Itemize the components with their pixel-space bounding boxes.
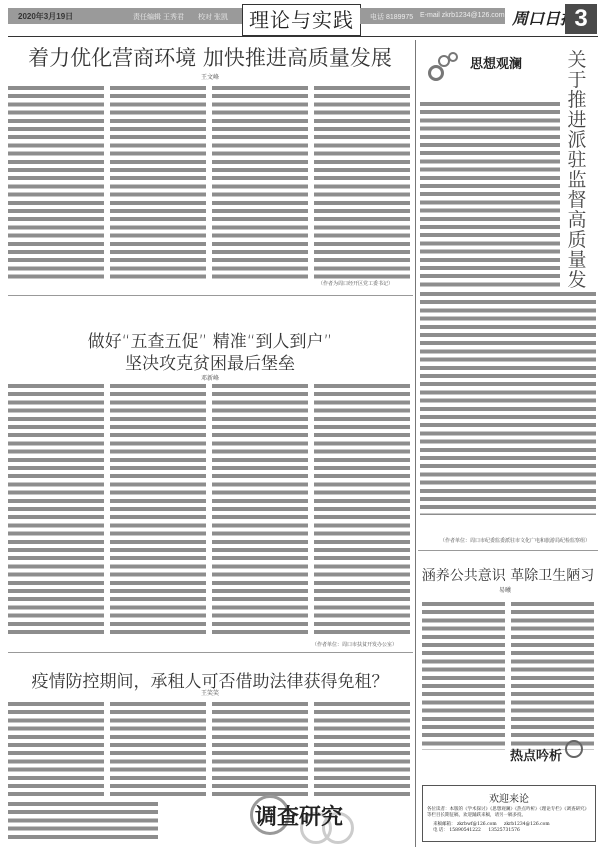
text-column: 正文内容: [8, 700, 104, 800]
research-section-logo: 调查研究: [255, 800, 343, 831]
supervision-author-note: （作者单位：周口市纪委监委派驻市文化广电和旅游局纪检监察组）: [440, 537, 590, 544]
text-column: 正文内容: [110, 700, 206, 800]
text-column: 正文内容: [212, 700, 308, 800]
section-divider: [418, 550, 598, 551]
hot-topic-logo: 热点吟析: [510, 745, 562, 764]
text-column: 正文内容: [314, 382, 410, 638]
issue-date: 2020年3月19日: [18, 11, 73, 22]
right-column-divider: [415, 40, 416, 847]
hygiene-article-body: 正文内容 正文内容: [422, 600, 594, 750]
magnifier-icon: [565, 740, 583, 758]
text-column: 正文内容: [8, 800, 158, 840]
supervision-body: 正文内容: [420, 290, 596, 515]
text-column: 正文内容: [314, 700, 410, 800]
text-column: 正文内容: [420, 100, 560, 290]
poverty-author-note: （作者单位：周口市扶贫开发办公室）: [312, 641, 397, 648]
main-author-note: （作者为周口经开区党工委书记）: [318, 280, 393, 287]
rent-byline: 王笑笑: [180, 688, 240, 697]
main-byline: 王文峰: [180, 72, 240, 81]
phone-line: 电 话： 15890541222 13525731576: [423, 827, 595, 833]
text-column: 正文内容: [420, 290, 596, 515]
designer-credit: 校对 张凯: [198, 12, 228, 22]
section-title: 理论与实践: [242, 4, 361, 36]
editor-credit: 责任编辑 王秀君: [133, 12, 184, 22]
text-column: 正文内容: [314, 84, 410, 280]
masthead-rule: [8, 36, 598, 37]
text-column: 正文内容: [110, 382, 206, 638]
hygiene-byline: 易曦: [480, 585, 530, 594]
phone-1: 15890541222: [449, 828, 481, 833]
main-article-body: 正文内容 正文内容 正文内容 正文内容: [8, 84, 410, 280]
phone-2: 13525731576: [488, 828, 520, 833]
masthead-right-bar: 电话 8189975 E-mail zkrb1234@126.com: [360, 8, 505, 24]
contact-phone: 电话 8189975: [370, 12, 413, 22]
text-column: 正文内容: [110, 84, 206, 280]
page-number: 3: [565, 4, 597, 34]
poverty-article-body: 正文内容 正文内容 正文内容 正文内容: [8, 382, 410, 638]
rent-article-body-lower: 正文内容: [8, 800, 158, 840]
poverty-byline: 邓新峰: [180, 373, 240, 382]
thought-column-logo: 思想观澜: [470, 53, 522, 72]
poverty-headline-2: 坚决攻克贫困最后堡垒: [10, 349, 410, 374]
text-column: 正文内容: [212, 84, 308, 280]
rent-article-body: 正文内容 正文内容 正文内容 正文内容: [8, 700, 410, 800]
supervision-body-top: 正文内容: [420, 100, 560, 290]
contact-email: E-mail zkrb1234@126.com: [420, 12, 505, 19]
call-for-papers-text: 各位读者：本版的《学术探讨》《思想观澜》《热点吟析》《理论专栏》《调查研究》等栏…: [423, 805, 595, 821]
call-for-papers-box: 欢迎来论 各位读者：本版的《学术探讨》《思想观澜》《热点吟析》《理论专栏》《调查…: [422, 785, 596, 842]
masthead-left-bar: 2020年3月19日 责任编辑 王秀君 校对 张凯: [8, 8, 242, 24]
section-divider: [8, 295, 413, 296]
hygiene-headline: 涵养公共意识 革除卫生陋习: [418, 565, 598, 585]
text-column: 正文内容: [511, 600, 594, 750]
text-column: 正文内容: [212, 382, 308, 638]
main-headline: 着力优化营商环境 加快推进高质量发展: [10, 42, 410, 72]
text-column: 正文内容: [8, 84, 104, 280]
section-divider: [8, 652, 413, 653]
text-column: 正文内容: [8, 382, 104, 638]
call-for-papers-title: 欢迎来论: [423, 790, 595, 805]
text-column: 正文内容: [422, 600, 505, 750]
